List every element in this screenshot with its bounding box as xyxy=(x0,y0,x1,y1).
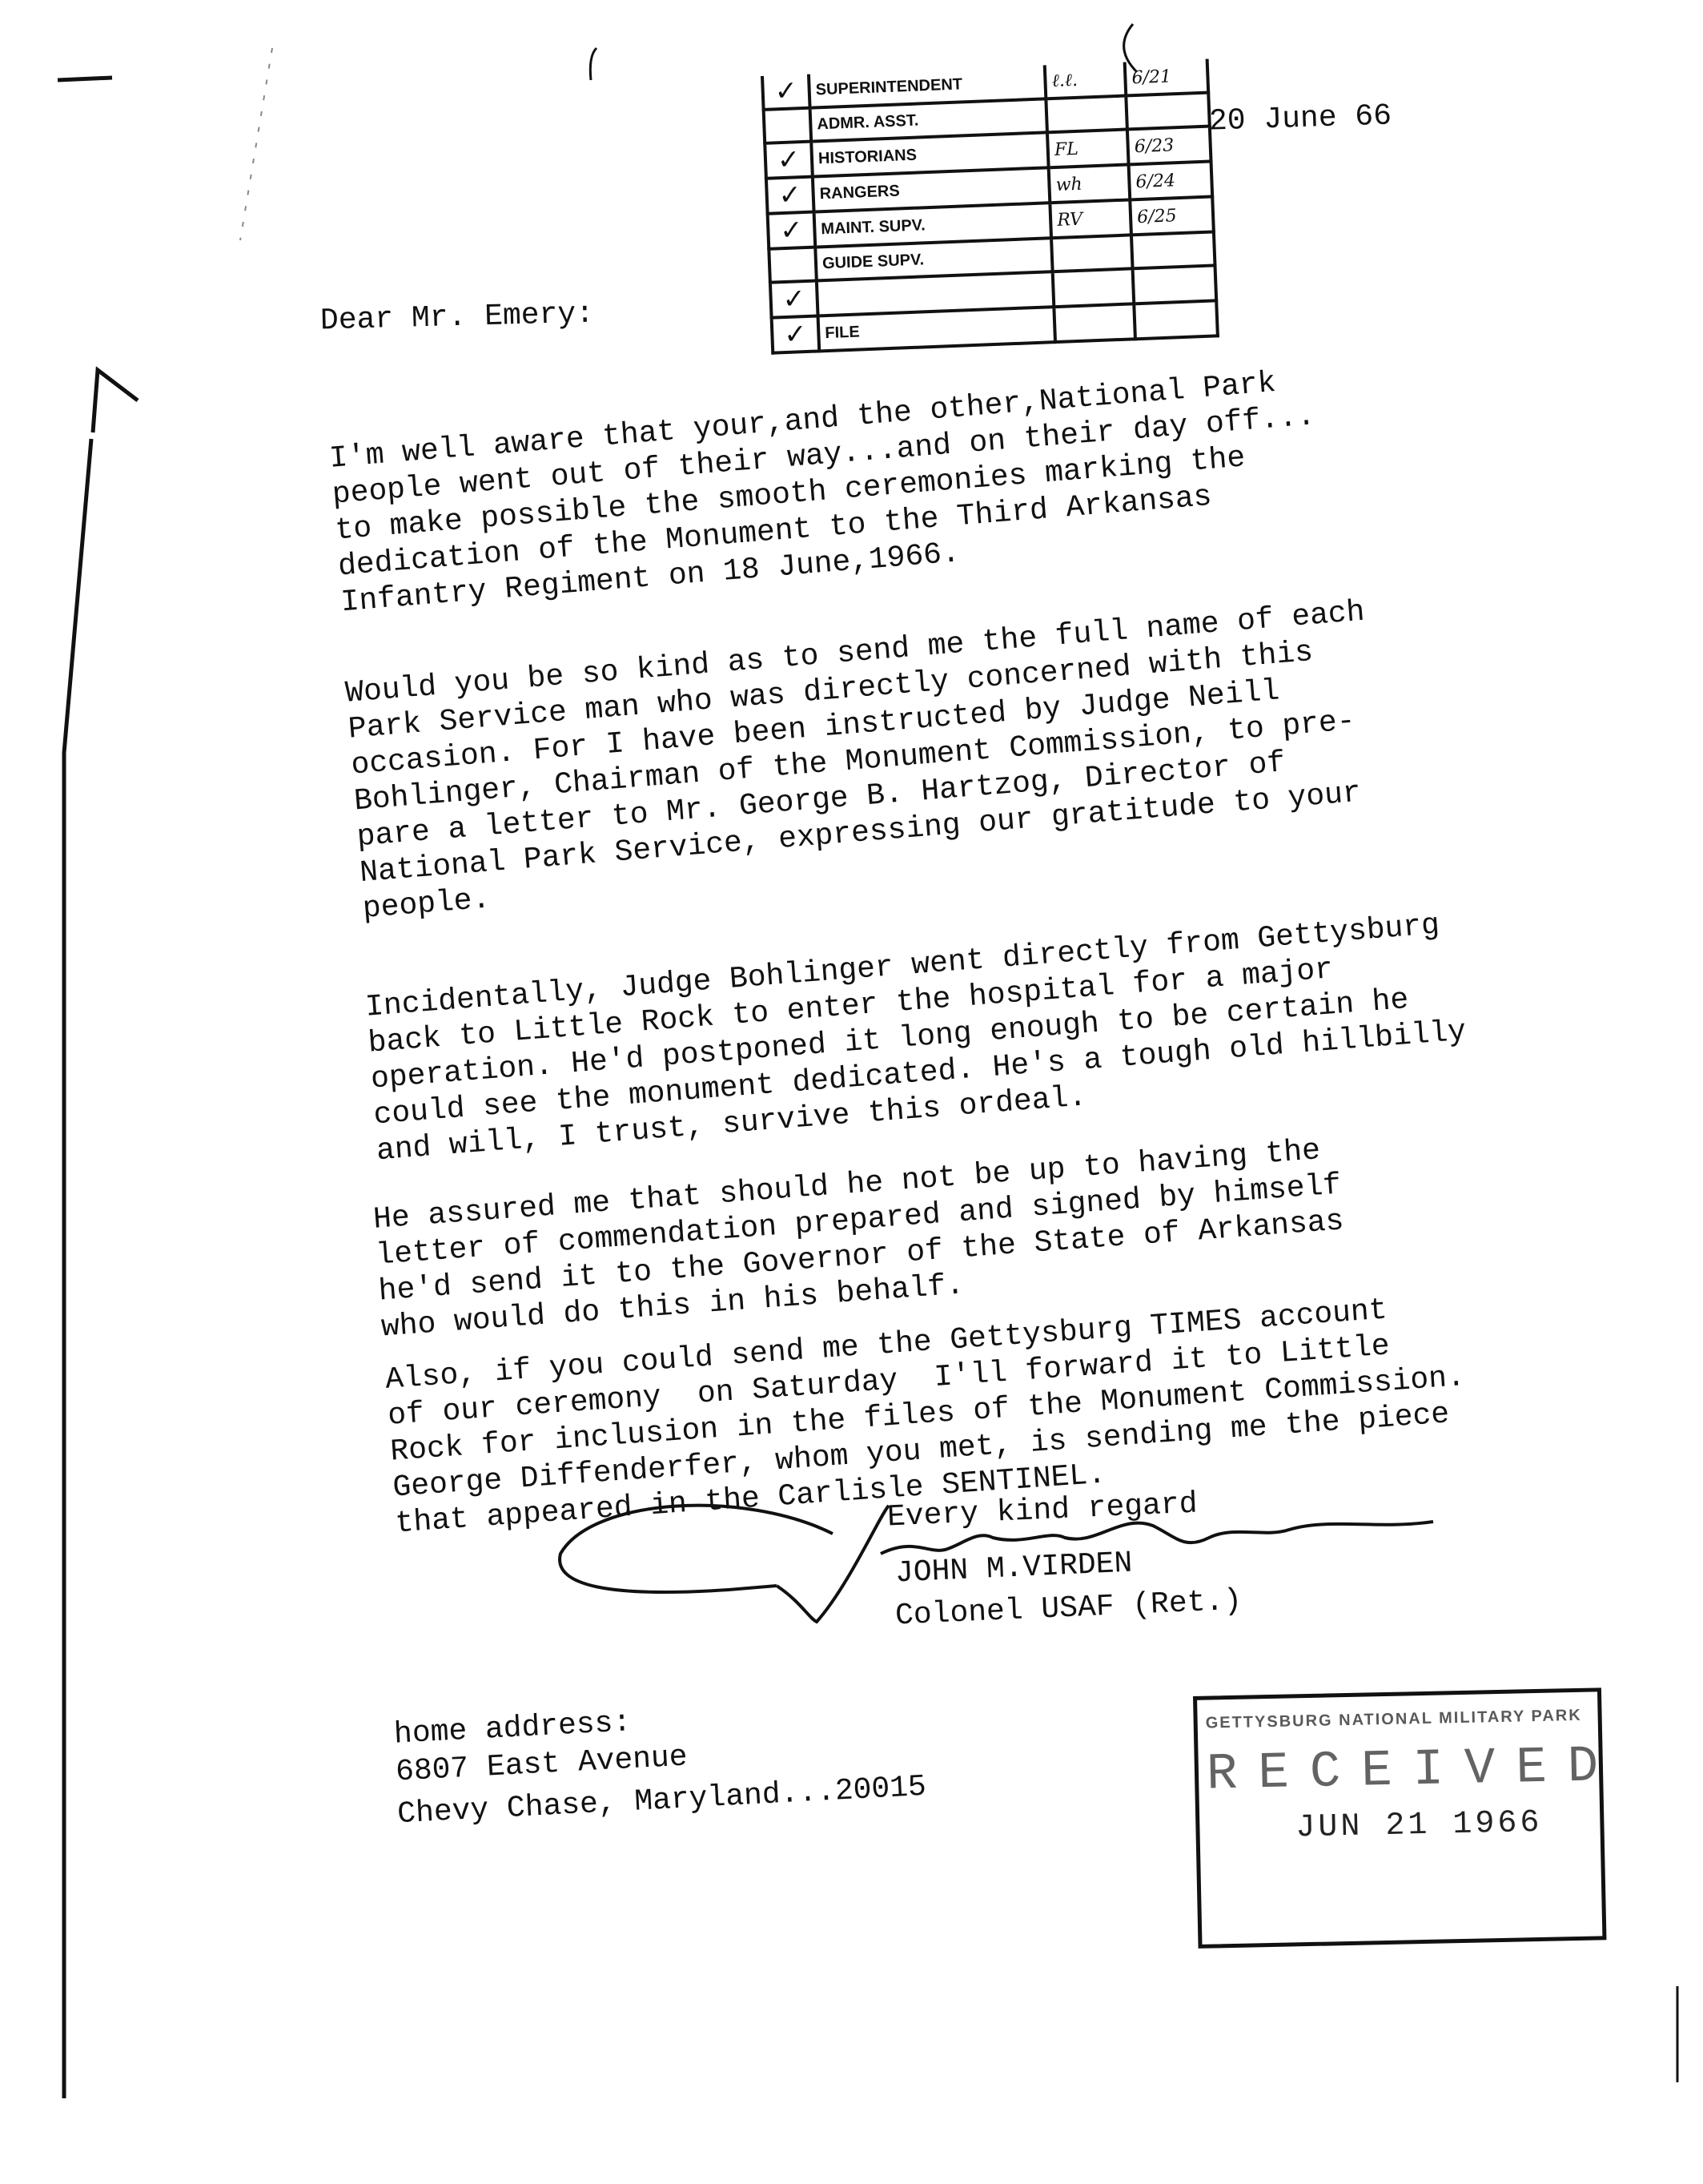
routing-date xyxy=(1126,93,1209,130)
routing-date: 6/21 xyxy=(1125,59,1208,96)
routing-check-icon xyxy=(764,108,812,143)
routing-date xyxy=(1131,231,1215,268)
routing-initials xyxy=(1051,235,1132,271)
stamp-received-text: RECEIVED xyxy=(1206,1738,1620,1804)
routing-check-icon: ✓ xyxy=(765,142,813,179)
routing-date: 6/23 xyxy=(1127,127,1211,165)
stamp-date: JUN 21 1966 xyxy=(1295,1805,1543,1846)
letter-date: 20 June 66 xyxy=(1208,101,1392,137)
routing-date xyxy=(1134,300,1217,339)
salutation: Dear Mr. Emery: xyxy=(320,300,595,337)
routing-check-icon: ✓ xyxy=(762,74,810,110)
routing-check-icon: ✓ xyxy=(772,316,820,352)
routing-date: 6/24 xyxy=(1129,161,1212,199)
routing-initials xyxy=(1054,304,1136,342)
routing-initials xyxy=(1053,268,1135,307)
received-stamp: GETTYSBURG NATIONAL MILITARY PARK RECEIV… xyxy=(1193,1687,1606,1949)
scanned-letter-page: ✓SUPERINTENDENTℓ.ℓ.6/21ADMR. ASST.✓HISTO… xyxy=(0,0,1703,2184)
routing-check-icon: ✓ xyxy=(766,177,814,214)
routing-check-icon: ✓ xyxy=(768,212,816,249)
routing-initials: FL xyxy=(1047,129,1129,167)
routing-date xyxy=(1133,265,1216,304)
routing-initials: ℓ.ℓ. xyxy=(1045,62,1126,99)
stamp-park-name: GETTYSBURG NATIONAL MILITARY PARK xyxy=(1205,1707,1581,1733)
routing-initials: wh xyxy=(1049,164,1131,203)
routing-slip: ✓SUPERINTENDENTℓ.ℓ.6/21ADMR. ASST.✓HISTO… xyxy=(761,59,1219,352)
routing-check-icon xyxy=(769,247,817,283)
routing-check-icon: ✓ xyxy=(770,281,818,318)
routing-initials: RV xyxy=(1050,199,1132,238)
routing-date: 6/25 xyxy=(1130,196,1213,235)
routing-initials xyxy=(1046,95,1127,132)
